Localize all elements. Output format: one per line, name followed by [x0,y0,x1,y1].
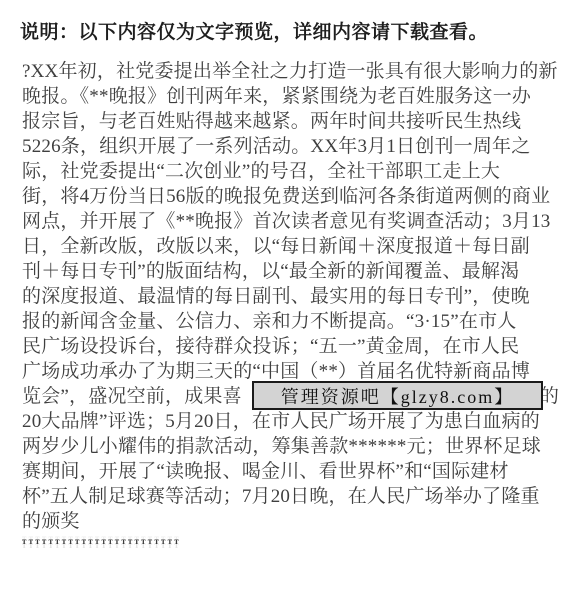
article-line: 20大品牌”评选；5月20日，在市人民广场开展了为患白血病的 [22,409,567,434]
article-line: 际，社党委提出“二次创业”的号召，全社干部职工走上大 [22,159,567,184]
article-line: 网点，并开展了《**晚报》首次读者意见有奖调查活动；3月13 [22,209,567,234]
article-line: 报宗旨，与老百姓贴得越来越紧。两年时间共接听民生热线 [22,109,567,134]
truncation-marks: тттттттттттттттттттттттт [22,536,181,546]
article-line: 的深度报道、最温情的每日副刊、最实用的每日专刊”，使晚 [22,284,567,309]
article-line: 日，全新改版，改版以来，以“每日新闻＋深度报道＋每日副 [22,234,567,259]
article-line: 晚报。《**晚报》创刊两年来，紧紧围绕为老百姓服务这一办 [22,84,567,109]
article-line: ?XX年初，社党委提出举全社之力打造一张具有很大影响力的新 [22,59,567,84]
watermark-badge[interactable]: 管理资源吧【glzy8.com】 [252,381,543,410]
article-line: 民广场设投诉台，接待群众投诉；“五一”黄金周，在市人民 [22,334,567,359]
preview-notice: 说明：以下内容仅为文字预览，详细内容请下载查看。 [20,17,560,44]
article-line: 5226条，组织开展了一系列活动。XX年3月1日创刊一周年之 [22,134,567,159]
article-line-left: 览会”，盛况空前，成果喜 [22,384,242,409]
article-line: 杯”五人制足球赛等活动；7月20日晚，在人民广场举办了隆重 [22,484,567,509]
article-body: ?XX年初，社党委提出举全社之力打造一张具有很大影响力的新 晚报。《**晚报》创… [22,59,567,534]
article-line: 的颁奖 [22,509,567,534]
article-line: 赛期间，开展了“读晚报、喝金川、看世界杯”和“国际建材 [22,459,567,484]
watermark-text: 管理资源吧【glzy8.com】 [281,383,514,409]
article-line: 报的新闻含金量、公信力、亲和力不断提高。“3·15”在市人 [22,309,567,334]
article-line: 刊＋每日专刊”的版面结构，以“最全新的新闻覆盖、最解渴 [22,259,567,284]
article-line: 街，将4万份当日56版的晚报免费送到临河各条街道两侧的商业 [22,184,567,209]
article-line: 两岁少儿小耀伟的捐款活动，筹集善款******元；世界杯足球 [22,434,567,459]
